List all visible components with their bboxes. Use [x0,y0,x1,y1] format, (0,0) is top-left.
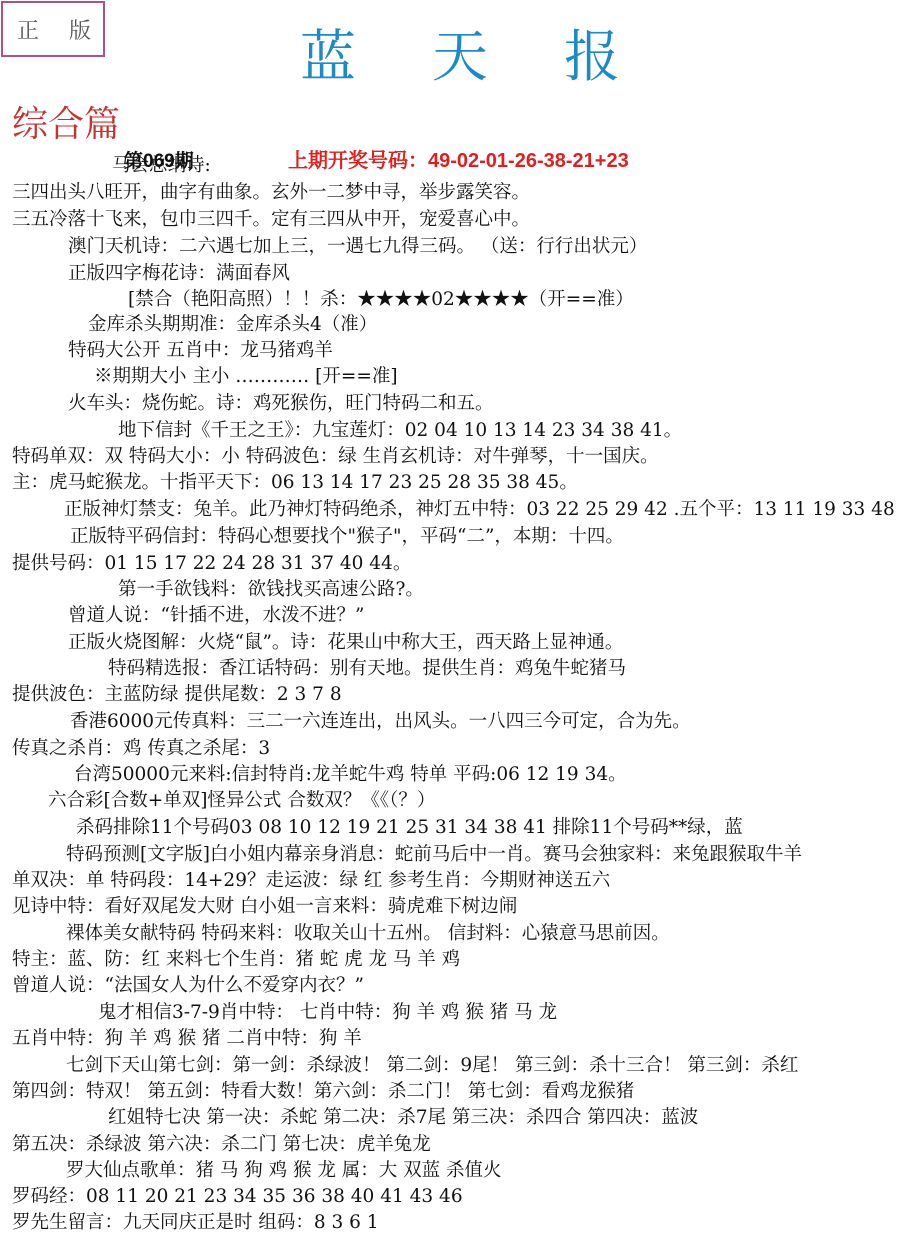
text-line: 第一手欲钱料：欲钱找买高速公路?。 [118,578,424,602]
title-char-1: 蓝 [300,13,356,93]
text-line: 台湾50000元来料:信封特肖:龙羊蛇牛鸡 特单 平码:06 12 19 34。 [74,763,627,787]
text-line: 主：虎马蛇猴龙。十指平天下：06 13 14 17 23 25 28 35 38… [12,471,578,495]
newspaper-title: 蓝 天 报 [300,18,620,88]
text-line: 地下信封《千王之王》：九宝莲灯：02 04 10 13 14 23 34 38 … [118,419,682,443]
text-line: 提供号码：01 15 17 22 24 28 31 37 40 44。 [12,552,411,576]
text-line: 七剑下天山第七剑：第一剑：杀绿波！ 第二剑：9尾！ 第三剑：杀十三合！ 第三剑：… [66,1054,798,1078]
text-line: 见诗中特：看好双尾发大财 白小姐一言来料：骑虎难下树边闹 [12,895,517,919]
title-char-2: 天 [432,13,488,93]
text-line: 正版神灯禁支：兔羊。此乃神灯特码绝杀，神灯五中特：03 22 25 29 42 … [64,498,895,522]
text-line: 曾道人说：“法国女人为什么不爱穿内衣？” [12,974,364,998]
text-line: 杀码排除11个号码03 08 10 12 19 21 25 31 34 38 4… [76,816,743,840]
text-line: 单双决：单 特码段：14+29？走运波：绿 红 参考生肖：今期财神送五六 [12,869,610,893]
last-draw-numbers: 上期开奖号码：49-02-01-26-38-21+23 [288,144,629,173]
text-line: 香港6000元传真料：三二一六连连出，出风头。一八四三今可定，合为先。 [70,710,691,734]
text-line: 金库杀头期期准：金库杀头4（准） [88,313,377,337]
text-line: 第五决：杀绿波 第六决：杀二门 第七决：虎羊兔龙 [12,1133,431,1157]
stamp-left-char: 正 [17,14,39,45]
text-line: 罗码经：08 11 20 21 23 34 35 36 38 40 41 43 … [12,1185,463,1209]
text-line: 罗大仙点歌单：猪 马 狗 鸡 猴 龙 属：大 双蓝 杀值火 [66,1159,502,1183]
text-line: 第四剑：特双！ 第五剑：特看大数！第六剑：杀二门！ 第七剑：看鸡龙猴猪 [12,1080,634,1104]
text-line: 特码预测[文字版]白小姐内幕亲身消息：蛇前马后中一肖。赛马会独家料：来兔跟猴取牛… [66,843,802,867]
text-line: 特码单双：双 特码大小：小 特码波色：绿 生肖玄机诗：对牛弹琴，十一国庆。 [12,445,659,469]
text-line: 曾道人说：“针插不进，水泼不进？” [68,604,364,628]
text-line: 特码精选报：香江话特码：别有天地。提供生肖：鸡兔牛蛇猪马 [108,657,626,681]
text-line: 提供波色：主蓝防绿 提供尾数：2 3 7 8 [12,683,342,707]
stamp-right-char: 版 [69,14,91,45]
text-line: 裸体美女献特码 特码来料：收取关山十五州。 信封料：心猿意马思前因。 [66,922,670,946]
section-heading: 综合篇 [12,96,120,147]
text-line: 五肖中特：狗 羊 鸡 猴 猪 二肖中特：狗 羊 [12,1027,362,1051]
text-line: 罗先生留言：九天同庆正是时 组码：8 3 6 1 [12,1211,379,1235]
text-line: 正版火烧图解：火烧“鼠”。诗：花果山中称大王，西天路上显神通。 [68,631,623,655]
text-line: 澳门天机诗：二六遇七加上三，一遇七九得三码。 （送：行行出状元） [68,235,647,259]
text-line: 三四出头八旺开，曲字有曲象。玄外一二梦中寻，举步露笑容。 [12,181,530,205]
text-line: [禁合（艳阳高照）！！杀：★★★★02★★★★（开==准） [128,288,634,312]
text-line: 正版四字梅花诗：满面春风 [68,262,290,286]
text-line: 鬼才相信3-7-9肖中特： 七肖中特：狗 羊 鸡 猴 猪 马 龙 [98,1001,557,1025]
text-line: 六合彩[合数+单双]怪异公式 合数双？《《（？） [48,789,435,813]
text-line: 马会总纲诗: [112,154,211,178]
text-line: 特码大公开 五肖中：龙马猪鸡羊 [68,339,333,363]
title-char-3: 报 [564,13,620,93]
text-line: 红姐特七决 第一决：杀蛇 第二决：杀7尾 第三决：杀四合 第四决：蓝波 [108,1106,698,1130]
authentic-edition-stamp: 正 版 [1,1,105,57]
text-line: ※期期大小 主小 ………… [开==准] [94,365,398,389]
text-line: 正版特平码信封：特码心想要找个"猴子"，平码“二”，本期：十四。 [70,525,624,549]
text-line: 传真之杀肖：鸡 传真之杀尾：3 [12,737,270,761]
text-line: 三五冷落十飞来，包巾三四千。定有三四从中开，宠爱喜心中。 [12,208,530,232]
text-line: 火车头：烧伤蛇。诗：鸡死猴伤，旺门特码二和五。 [68,392,494,416]
text-line: 特主：蓝、防：红 来料七个生肖：猪 蛇 虎 龙 马 羊 鸡 [12,948,460,972]
